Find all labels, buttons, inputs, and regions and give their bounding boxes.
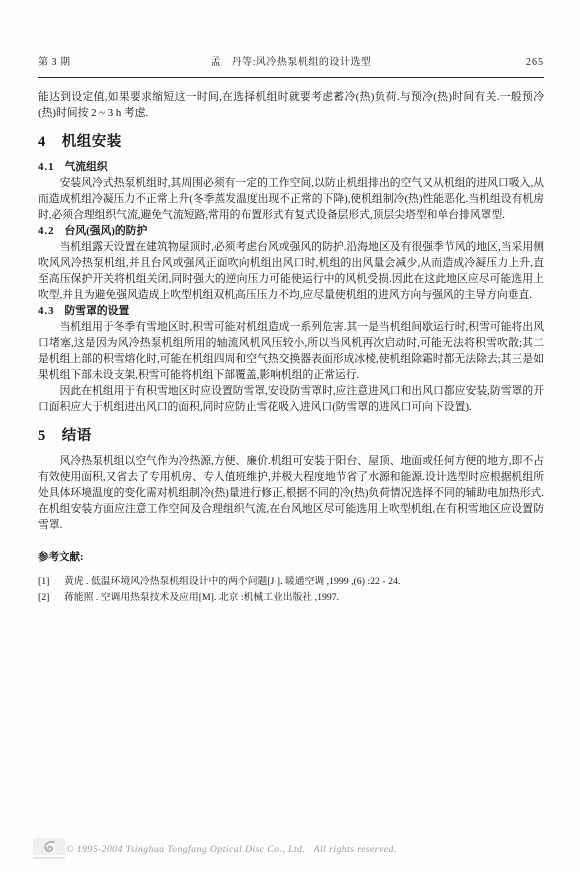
subsection-title: 台风(强风)的防护 [65, 225, 148, 237]
reference-label: [1] [38, 574, 55, 590]
page-footer: © 1995-2004 Tsinghua Tongfang Optical Di… [0, 836, 580, 866]
continued-paragraph: 能达到设定值,如果要求缩短这一时间,在选择机组时就要考虑蓄冷(热)负荷.与预冷(… [38, 89, 544, 121]
logo-subtext-bar [33, 857, 65, 859]
reference-item: [2] 蒋能照 . 空调用热泵技术及应用[M]. 北京 :机械工业出版社 ,19… [38, 590, 544, 606]
running-title: 孟 丹等:风冷热泵机组的设计选型 [128, 53, 454, 68]
subsection-heading-4-2: 4.2台风(强风)的防护 [38, 223, 544, 239]
page-header: 第 3 期 孟 丹等:风冷热泵机组的设计选型 265 [38, 53, 544, 68]
subsection-heading-4-1: 4.1气流组织 [38, 159, 544, 175]
subsection-number: 4.3 [38, 305, 55, 317]
section-title: 结语 [62, 428, 92, 444]
reference-text: 蒋能照 . 空调用热泵技术及应用[M]. 北京 :机械工业出版社 ,1997. [64, 590, 339, 606]
subsection-title: 气流组织 [65, 161, 108, 173]
section-title: 机组安装 [62, 134, 122, 150]
tongfang-disc-logo [33, 838, 65, 855]
subsection-number: 4.2 [38, 225, 55, 237]
article-body: 能达到设定值,如果要求缩短这一时间,在选择机组时就要考虑蓄冷(热)负荷.与预冷(… [38, 89, 544, 606]
page-number: 265 [454, 57, 544, 68]
paragraph: 当机组露天设置在建筑物屋顶时,必须考虑台风或强风的防护.沿海地区及有很强季节风的… [38, 239, 544, 303]
subsection-number: 4.1 [38, 161, 55, 173]
swirl-logo-icon [35, 839, 63, 854]
journal-page: 第 3 期 孟 丹等:风冷热泵机组的设计选型 265 能达到设定值,如果要求缩短… [38, 0, 544, 606]
header-rule [38, 77, 544, 78]
paragraph: 风冷热泵机组以空气作为冷热源,方便、廉价.机组可安装于阳台、屋顶、地面或任何方便… [38, 453, 544, 533]
reference-list: [1] 黄虎 . 低温环境风冷热泵机组设计中的两个问题[J ]. 暖通空调 ,1… [38, 574, 544, 606]
paragraph: 因此在机组用于有积雪地区时应设置防雪罩,安设防雪罩时,应注意进风口和出风口都应安… [38, 383, 544, 415]
references-heading: 参考文献: [38, 550, 544, 566]
section-number: 4 [38, 134, 46, 150]
copyright-text: © 1995-2004 Tsinghua Tongfang Optical Di… [66, 844, 397, 855]
issue-label: 第 3 期 [38, 53, 128, 68]
paragraph: 安装风冷式热泵机组时,其周围必须有一定的工作空间,以防止机组排出的空气又从机组的… [38, 175, 544, 223]
paragraph: 当机组用于冬季有雪地区时,积雪可能对机组造成一系列危害.其一是当机组间歇运行时,… [38, 319, 544, 383]
subsection-title: 防雪罩的设置 [65, 305, 130, 317]
reference-item: [1] 黄虎 . 低温环境风冷热泵机组设计中的两个问题[J ]. 暖通空调 ,1… [38, 574, 544, 590]
section-number: 5 [38, 428, 46, 444]
reference-text: 黄虎 . 低温环境风冷热泵机组设计中的两个问题[J ]. 暖通空调 ,1999 … [64, 574, 400, 590]
section-heading-5: 5结语 [38, 428, 544, 444]
reference-label: [2] [38, 590, 55, 606]
section-heading-4: 4机组安装 [38, 134, 544, 150]
subsection-heading-4-3: 4.3防雪罩的设置 [38, 303, 544, 319]
